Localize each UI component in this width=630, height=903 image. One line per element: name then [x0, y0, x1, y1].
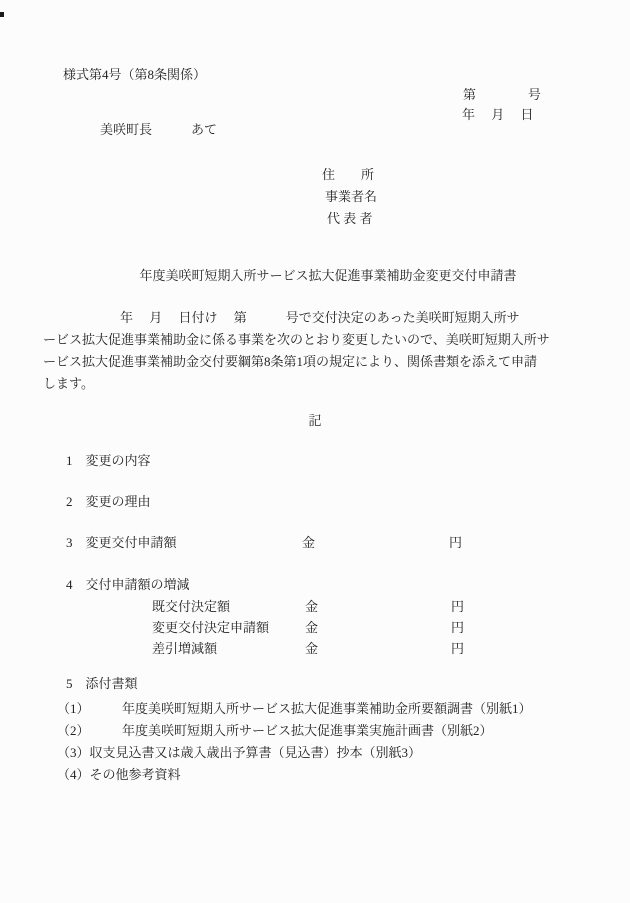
item-1-label: 変更の内容 — [86, 453, 151, 468]
item-2-label: 変更の理由 — [86, 494, 151, 509]
item-3-amount-suffix: 円 — [449, 535, 462, 550]
applicant-business-name-label: 事業者名 — [325, 189, 377, 204]
sub-item-previously-decided-amount-label: 既交付決定額 — [152, 599, 230, 614]
addressee-line: 美咲町長 あて — [100, 122, 217, 137]
document-number-blank-line: 第 号 — [463, 87, 541, 102]
body-paragraph-line-1: 年 月 日付け 第 号で交付決定のあった美咲町短期入所サ — [43, 310, 520, 325]
item-4-label: 交付申請額の増減 — [86, 577, 190, 592]
document-title: 年度美咲町短期入所サービス拡大促進事業補助金変更交付申請書 — [0, 268, 630, 283]
sub-item-net-difference-amount-label: 差引増減額 — [152, 641, 217, 656]
scan-artifact-mark — [0, 12, 4, 17]
item-5-attached-documents: 5 添付書類 — [66, 676, 138, 691]
form-number-label: 様式第4号（第8条関係） — [63, 67, 206, 82]
applicant-representative-label: 代 表 者 — [327, 211, 373, 226]
body-paragraph-line-4: します。 — [43, 376, 94, 391]
item-4-amount-increase-decrease: 4 交付申請額の増減 — [66, 577, 190, 592]
document-page: 様式第4号（第8条関係） 第 号 年 月 日 美咲町長 あて 住 所 事業者名 … — [0, 0, 630, 903]
attachment-4-other-reference-materials: （4）その他参考資料 — [57, 767, 181, 782]
attachment-3-budget-extract: （3）収支見込書又は歳入歳出予算書（見込書）抄本（別紙3） — [57, 745, 421, 760]
sub-item-1-amount-prefix: 金 — [305, 599, 318, 614]
body-paragraph-line-2: ービス拡大促進事業補助金に係る事業を次のとおり変更したいので、美咲町短期入所サ — [43, 332, 550, 347]
sub-item-2-amount-suffix: 円 — [451, 620, 464, 635]
item-3-amount-prefix: 金 — [302, 535, 315, 550]
body-paragraph-line-3: ービス拡大促進事業補助金交付要綱第8条第1項の規定により、関係書類を添えて申請 — [43, 354, 537, 369]
sub-item-change-decision-application-amount-label: 変更交付決定申請額 — [152, 620, 269, 635]
sub-item-3-amount-suffix: 円 — [451, 641, 464, 656]
applicant-address-label: 住 所 — [322, 167, 374, 182]
ki-section-marker: 記 — [0, 413, 630, 428]
item-5-label: 添付書類 — [86, 676, 138, 691]
attachment-1-required-amount-statement: （1） 年度美咲町短期入所サービス拡大促進事業補助金所要額調書（別紙1） — [57, 701, 532, 716]
item-2-change-reason: 2 変更の理由 — [66, 494, 151, 509]
sub-item-1-amount-suffix: 円 — [451, 599, 464, 614]
item-1-change-content: 1 変更の内容 — [66, 453, 151, 468]
item-3-label: 変更交付申請額 — [86, 535, 177, 550]
item-3-change-application-amount: 3 変更交付申請額 — [66, 535, 177, 550]
attachment-2-implementation-plan: （2） 年度美咲町短期入所サービス拡大促進事業実施計画書（別紙2） — [57, 723, 493, 738]
sub-item-3-amount-prefix: 金 — [305, 641, 318, 656]
sub-item-2-amount-prefix: 金 — [305, 620, 318, 635]
date-blank-line: 年 月 日 — [462, 107, 534, 122]
